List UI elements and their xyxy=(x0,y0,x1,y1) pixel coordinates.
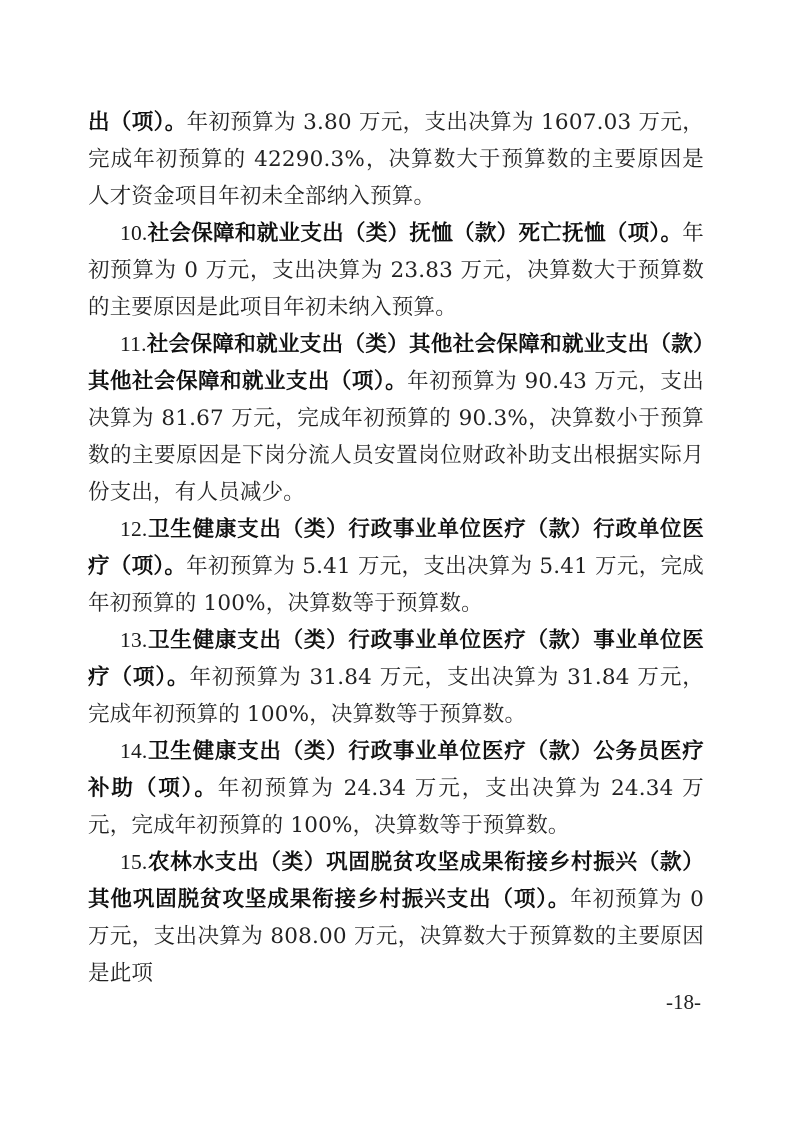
paragraph-number: 12. xyxy=(120,517,147,541)
paragraph-title: 出（项）。 xyxy=(88,110,187,135)
document-page: 出（项）。年初预算为 3.80 万元，支出决算为 1607.03 万元，完成年初… xyxy=(88,104,704,992)
paragraph-number: 15. xyxy=(120,850,147,874)
paragraph-item-11: 11.社会保障和就业支出（类）其他社会保障和就业支出（款）其他社会保障和就业支出… xyxy=(88,326,704,511)
paragraph-number: 13. xyxy=(120,628,147,652)
paragraph-item-13: 13.卫生健康支出（类）行政事业单位医疗（款）事业单位医疗（项）。年初预算为 3… xyxy=(88,622,704,733)
paragraph-item-10: 10.社会保障和就业支出（类）抚恤（款）死亡抚恤（项）。年初预算为 0 万元，支… xyxy=(88,215,704,326)
paragraph-title: 社会保障和就业支出（类）抚恤（款）死亡抚恤（项）。 xyxy=(147,221,682,246)
paragraph-item-15: 15.农林水支出（类）巩固脱贫攻坚成果衔接乡村振兴（款）其他巩固脱贫攻坚成果衔接… xyxy=(88,844,704,992)
paragraph-number: 10. xyxy=(120,221,147,245)
paragraph-number: 14. xyxy=(120,739,147,763)
paragraph-item-12: 12.卫生健康支出（类）行政事业单位医疗（款）行政单位医疗（项）。年初预算为 5… xyxy=(88,511,704,622)
paragraph-number: 11. xyxy=(120,332,147,356)
paragraph-item-14: 14.卫生健康支出（类）行政事业单位医疗（款）公务员医疗补助（项）。年初预算为 … xyxy=(88,733,704,844)
page-number: -18- xyxy=(666,990,701,1015)
paragraph-item-9-continued: 出（项）。年初预算为 3.80 万元，支出决算为 1607.03 万元，完成年初… xyxy=(88,104,704,215)
